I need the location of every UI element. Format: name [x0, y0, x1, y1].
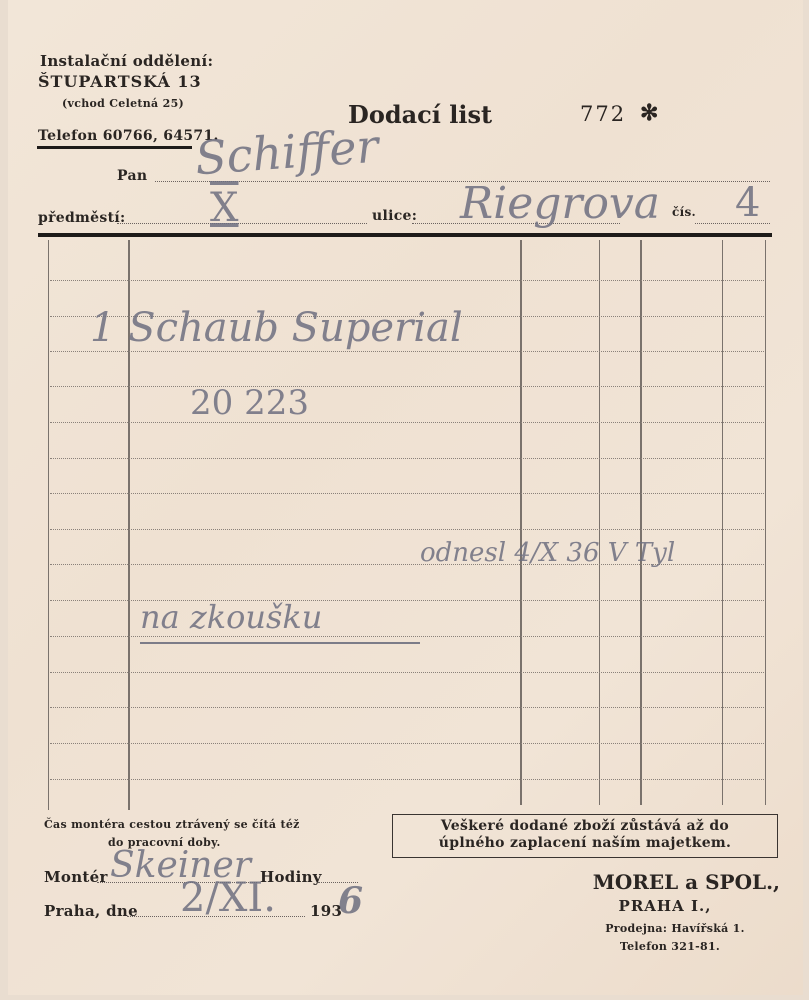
table-row-line — [50, 493, 764, 494]
pan-label: Pan — [117, 168, 147, 184]
date-label: Praha, dne — [44, 902, 138, 920]
column-divider — [765, 240, 766, 805]
travel-time-note: Čas montéra cestou ztrávený se čítá též — [44, 818, 300, 831]
table-row-line — [50, 351, 764, 352]
company-city: PRAHA I., — [590, 897, 740, 915]
company-shop: Prodejna: Havířská 1. — [590, 922, 760, 935]
table-row-line — [50, 636, 764, 637]
table-row-line — [50, 422, 764, 423]
column-divider — [520, 240, 522, 805]
department-label: Instalační oddělení: — [40, 52, 213, 70]
ownership-notice: Veškeré dodané zboží zůstává až do úplné… — [392, 818, 778, 852]
table-row-line — [50, 707, 764, 708]
column-divider — [599, 240, 600, 805]
ownership-notice-line-1: Veškeré dodané zboží zůstává až do — [392, 818, 778, 835]
cis-label: čís. — [672, 205, 696, 219]
table-entry-note[interactable]: odnesl 4/X 36 V Tyl — [420, 538, 675, 568]
table-entry-item[interactable]: 1 Schaub Superial — [90, 305, 463, 351]
department-entrance: (vchod Celetná 25) — [62, 97, 184, 110]
cis-field-value[interactable]: 4 — [735, 180, 760, 226]
date-field-value[interactable]: 2/XI. — [180, 875, 276, 921]
ulice-field-value[interactable]: Riegrova — [460, 178, 660, 229]
monter-label: Montér — [44, 868, 108, 886]
table-row-line — [50, 529, 764, 530]
company-name: MOREL a SPOL., — [580, 870, 780, 894]
predmesti-field-line — [117, 223, 367, 224]
department-street: ŠTUPARTSKÁ 13 — [38, 72, 202, 91]
column-divider — [640, 240, 642, 805]
ownership-notice-line-2: úplného zaplacení naším majetkem. — [392, 835, 778, 852]
table-row-line — [50, 743, 764, 744]
table-row-line — [50, 458, 764, 459]
table-top-rule — [38, 233, 772, 237]
ulice-label: ulice: — [372, 208, 417, 224]
table-row-line — [50, 779, 764, 780]
column-divider — [722, 240, 723, 805]
department-phone: Telefon 60766, 64571. — [38, 128, 219, 144]
company-phone: Telefon 321-81. — [590, 940, 750, 953]
column-divider — [48, 240, 49, 810]
predmesti-field-value[interactable]: X — [210, 185, 238, 231]
remark-underline — [140, 642, 420, 644]
table-row-line — [50, 280, 764, 281]
table-row-line — [50, 386, 764, 387]
asterisk-icon: ✻ — [640, 100, 658, 126]
year-value[interactable]: 6 — [338, 880, 363, 922]
document-number: 772 — [580, 102, 626, 126]
table-entry-remark[interactable]: na zkoušku — [140, 598, 322, 636]
table-row-line — [50, 672, 764, 673]
predmesti-label: předměstí: — [38, 210, 125, 226]
phone-underline — [37, 146, 192, 149]
table-entry-code[interactable]: 20 223 — [190, 383, 309, 423]
